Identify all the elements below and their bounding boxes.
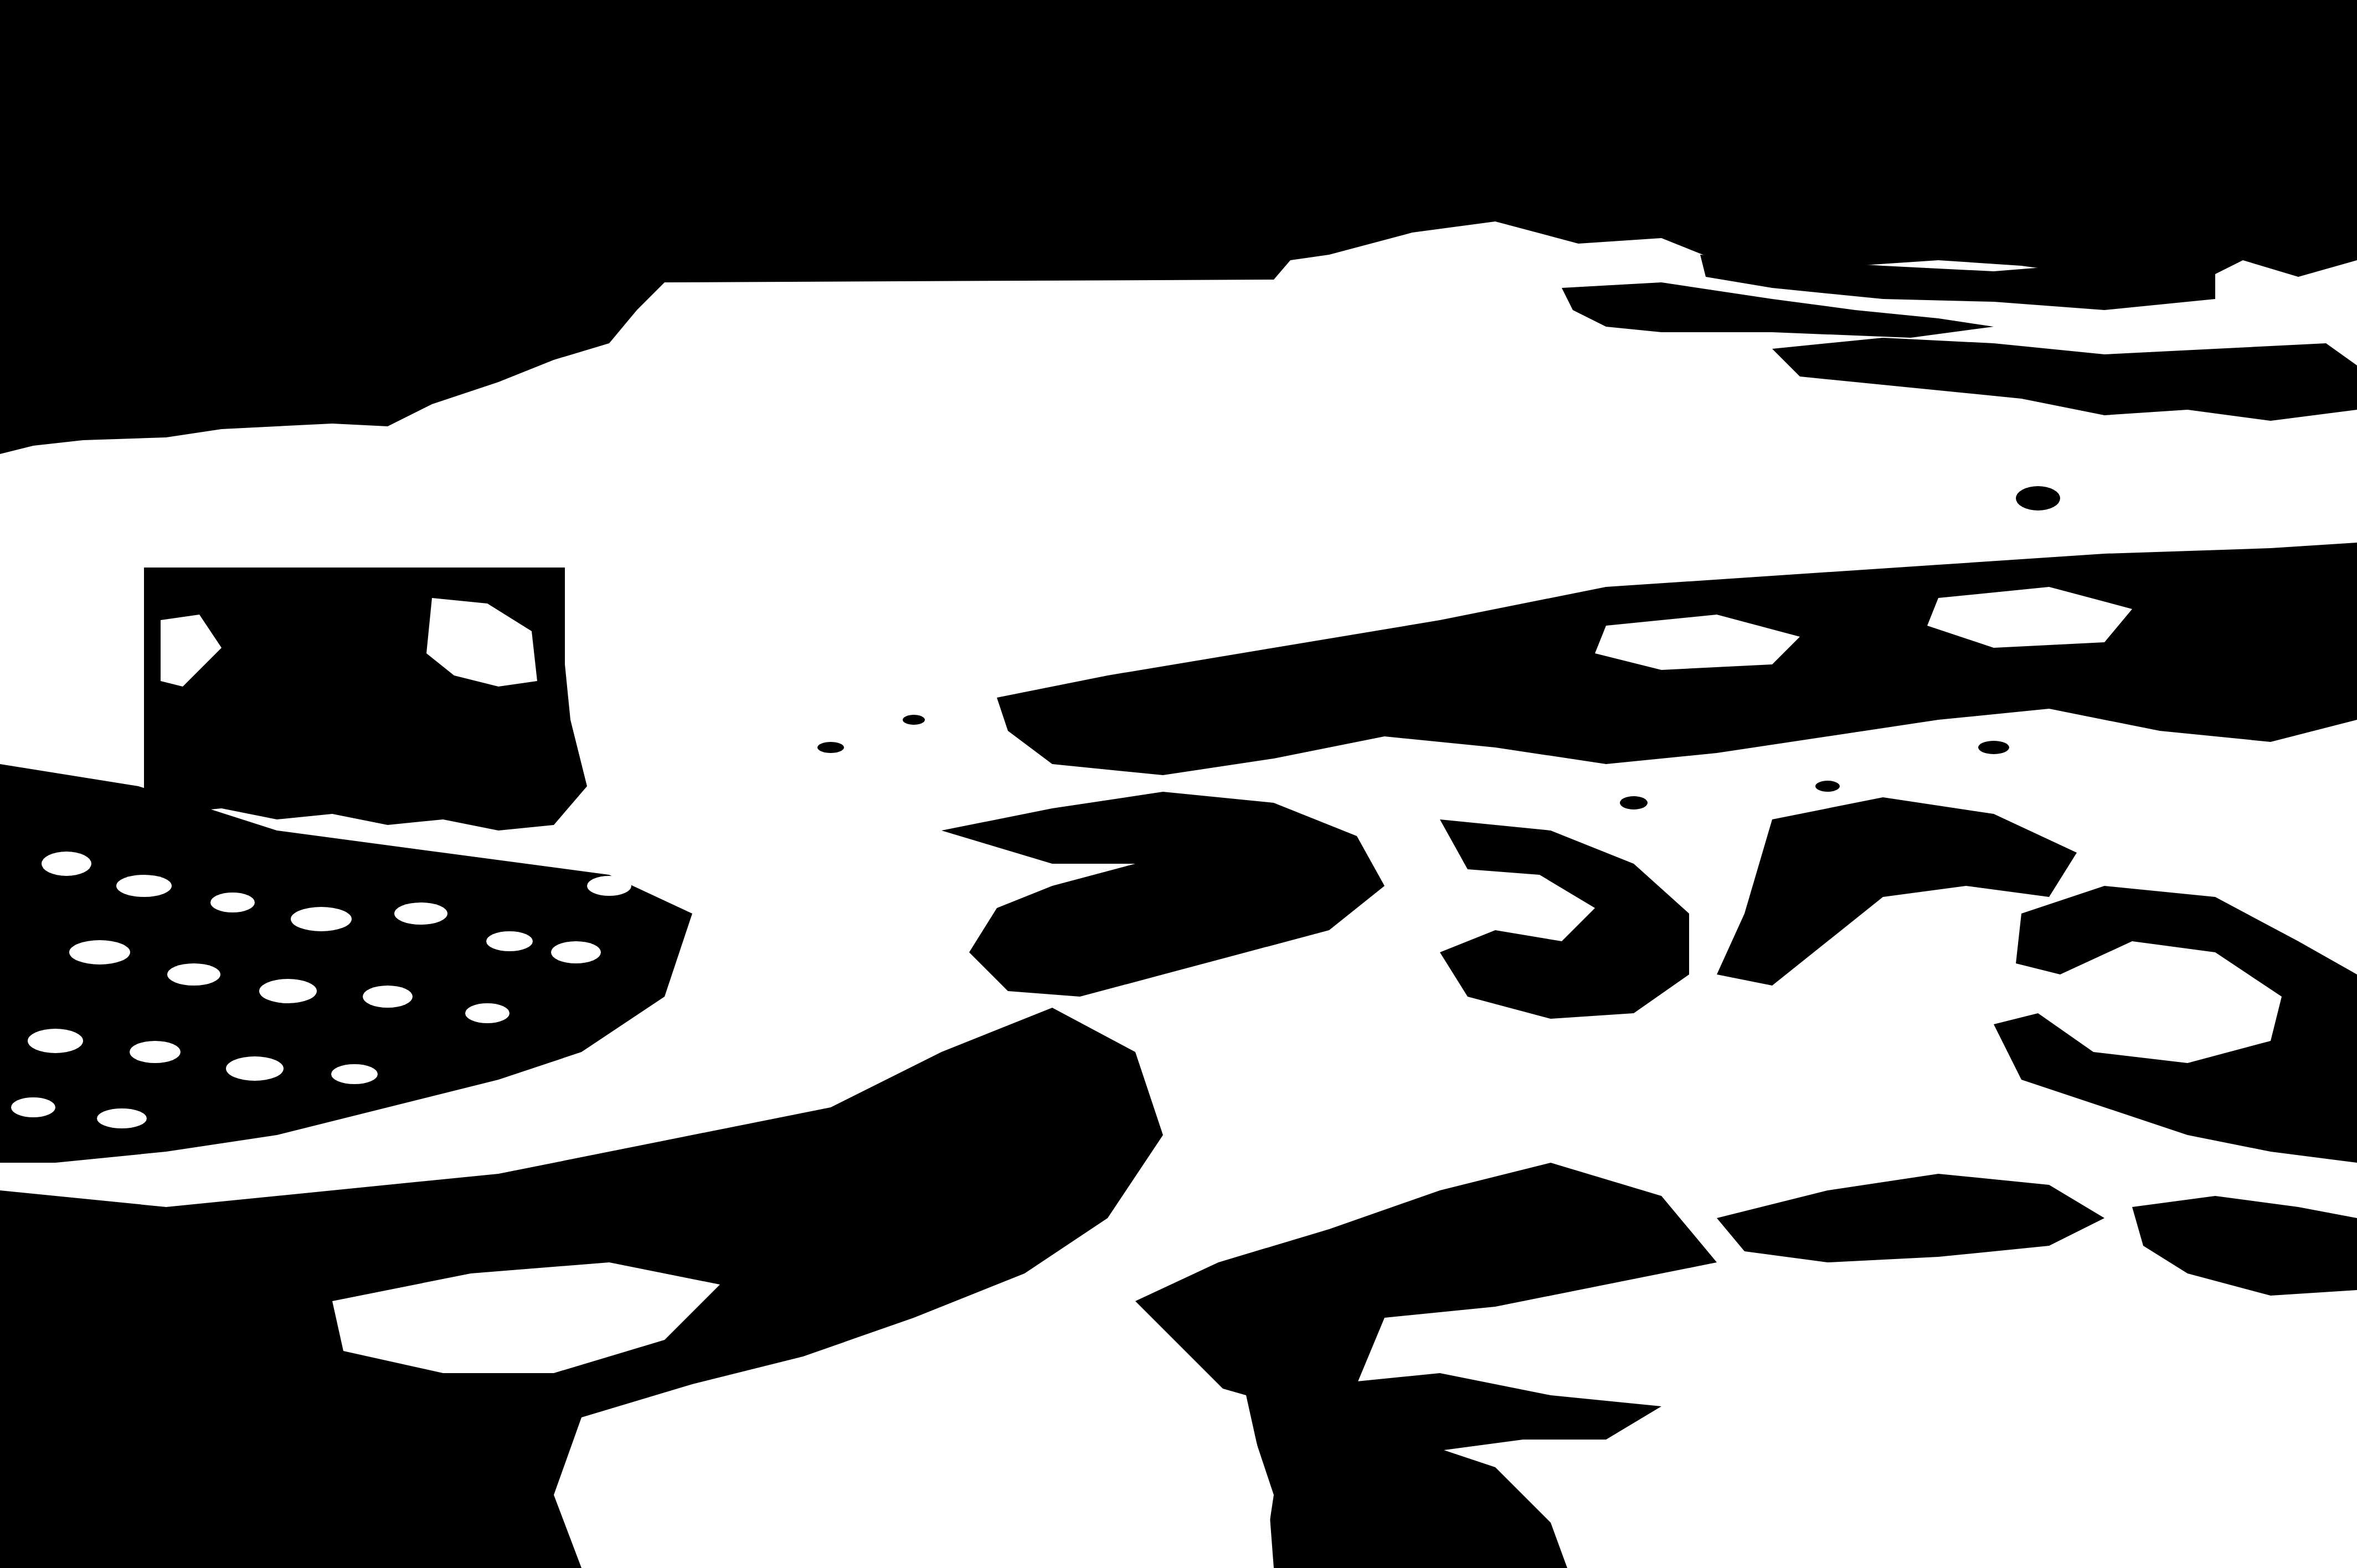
small-dark-spot (2016, 486, 2060, 510)
binarized-seascape-photo (0, 0, 2357, 1568)
dark-rock-block (144, 568, 587, 831)
